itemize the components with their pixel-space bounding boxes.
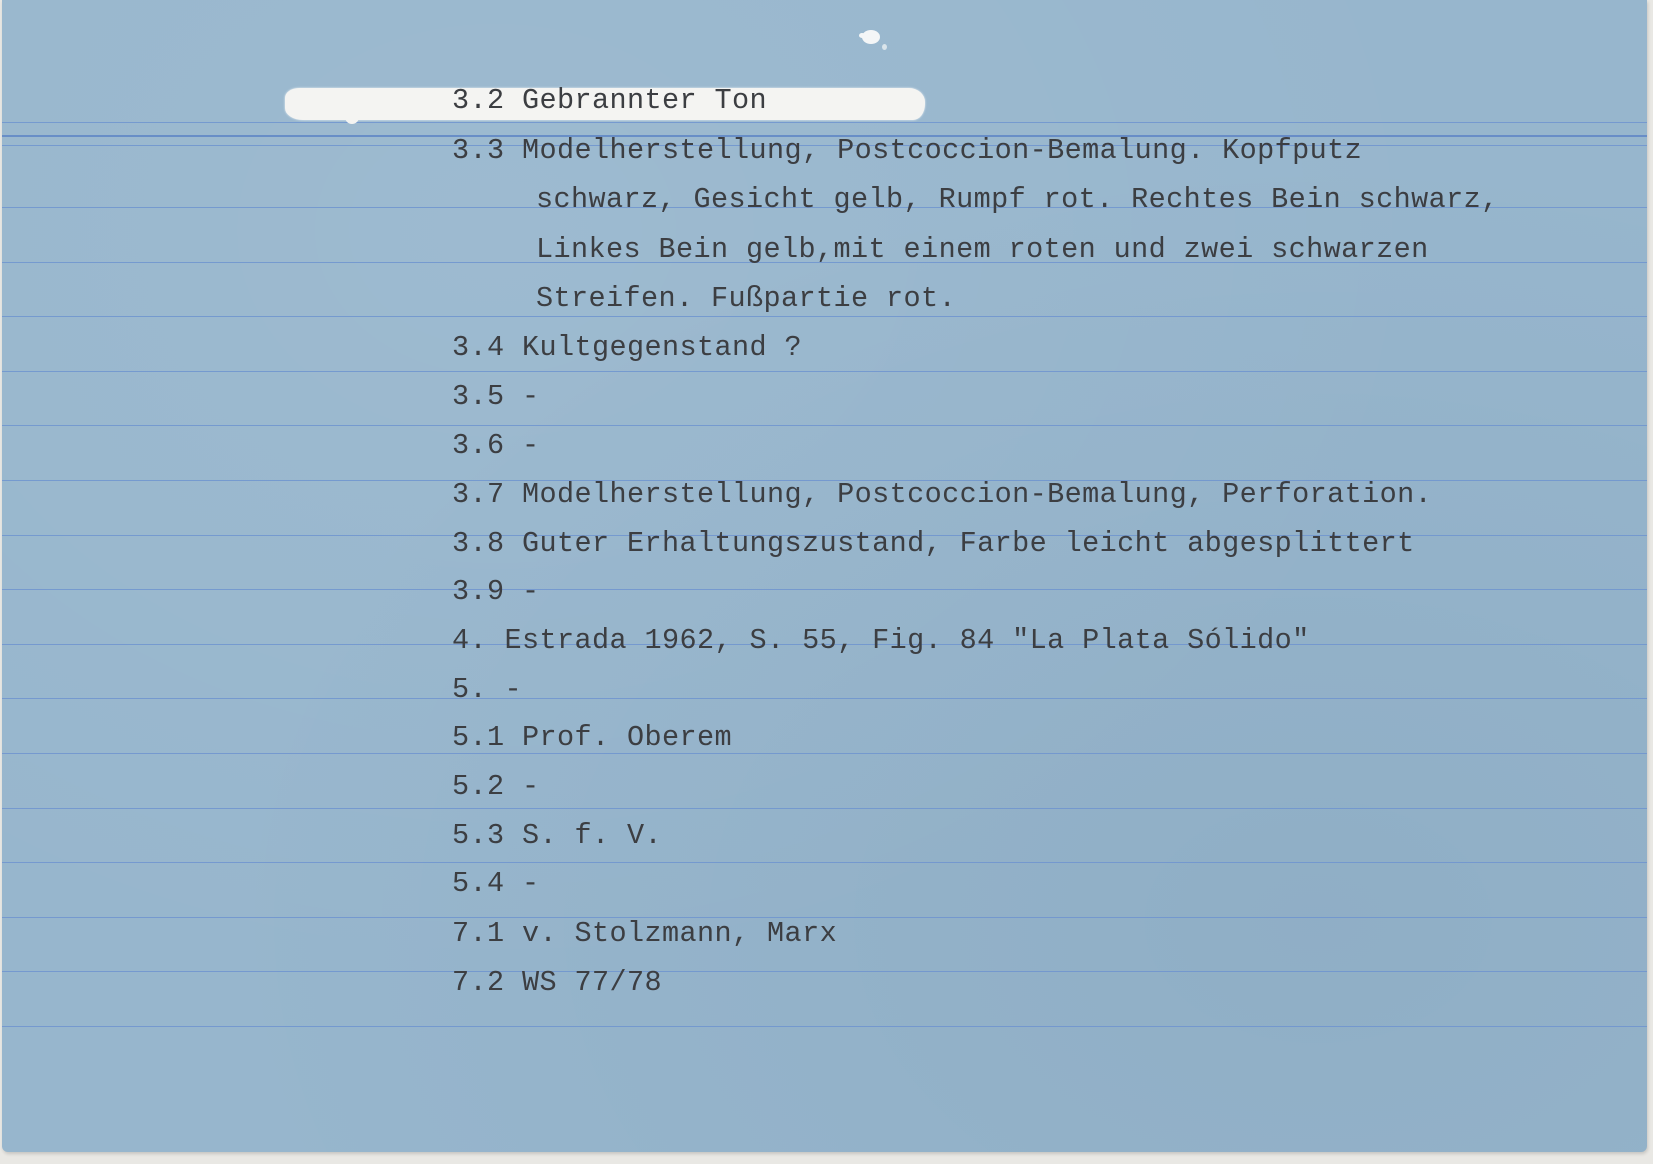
ruled-line [2,808,1647,809]
entry-text: Guter Erhaltungszustand, Farbe leicht ab… [505,527,1415,560]
entry-number: 3.8 [452,530,505,559]
entry-text: - [487,673,522,706]
ruled-line [2,589,1647,590]
entry-number: 5.2 [452,773,505,802]
card-entry-3-2: 3.2 Gebrannter Ton [452,87,767,116]
card-entry-5-1: 5.1 Prof. Oberem [452,724,732,753]
card-entry-7-1: 7.1 v. Stolzmann, Marx [452,920,837,949]
card-entry-continuation: schwarz, Gesicht gelb, Rumpf rot. Rechte… [536,186,1499,215]
entry-text: v. Stolzmann, Marx [505,917,838,950]
entry-number: 5.3 [452,822,505,851]
card-entry-3-9: 3.9 - [452,578,540,607]
card-entry-3-3: 3.3 Modelherstellung, Postcoccion-Bemalu… [452,137,1362,166]
card-entry-4: 4. Estrada 1962, S. 55, Fig. 84 "La Plat… [452,627,1310,656]
paper-speck [859,33,865,38]
entry-text: Modelherstellung, Postcoccion-Bemalung. … [505,134,1363,167]
ruled-line [2,753,1647,754]
entry-number: 3.5 [452,383,505,412]
ruled-line [2,698,1647,699]
entry-number: 3.9 [452,578,505,607]
entry-number: 5.4 [452,870,505,899]
entry-text: - [505,867,540,900]
entry-number: 7.2 [452,969,505,998]
entry-text: S. f. V. [505,819,663,852]
card-entry-5-3: 5.3 S. f. V. [452,822,662,851]
card-entry-continuation: Streifen. Fußpartie rot. [536,285,956,314]
entry-number: 3.4 [452,334,505,363]
entry-text: Kultgegenstand ? [505,331,803,364]
entry-text: Modelherstellung, Postcoccion-Bemalung, … [505,478,1433,511]
entry-number: 3.6 [452,432,505,461]
card-entry-3-8: 3.8 Guter Erhaltungszustand, Farbe leich… [452,530,1415,559]
entry-text: - [505,429,540,462]
entry-number: 4. [452,627,487,656]
entry-text: - [505,575,540,608]
paper-speck [882,44,887,50]
entry-number: 3.3 [452,137,505,166]
card-entry-7-2: 7.2 WS 77/78 [452,969,662,998]
card-entry-3-6: 3.6 - [452,432,540,461]
entry-text: schwarz, Gesicht gelb, Rumpf rot. Rechte… [536,183,1499,216]
entry-number: 7.1 [452,920,505,949]
index-card: 3.2 Gebrannter Ton3.3 Modelherstellung, … [2,0,1647,1152]
paper-speck [862,30,880,44]
card-entry-5-2: 5.2 - [452,773,540,802]
entry-text: Estrada 1962, S. 55, Fig. 84 "La Plata S… [487,624,1310,657]
ruled-line [2,862,1647,863]
card-entry-5-4: 5.4 - [452,870,540,899]
entry-text: - [505,380,540,413]
entry-number: 3.2 [452,87,505,116]
card-entry-continuation: Linkes Bein gelb,mit einem roten und zwe… [536,236,1429,265]
card-entry-3-5: 3.5 - [452,383,540,412]
entry-number: 5.1 [452,724,505,753]
entry-text: Prof. Oberem [505,721,733,754]
ruled-line [2,425,1647,426]
ruled-line [2,122,1647,123]
entry-number: 3.7 [452,481,505,510]
ruled-line [2,971,1647,972]
entry-text: Linkes Bein gelb,mit einem roten und zwe… [536,233,1429,266]
card-entry-3-4: 3.4 Kultgegenstand ? [452,334,802,363]
entry-text: - [505,770,540,803]
entry-text: Streifen. Fußpartie rot. [536,282,956,315]
entry-text: Gebrannter Ton [505,84,768,117]
card-entry-5: 5. - [452,676,522,705]
ruled-line [2,371,1647,372]
entry-text: WS 77/78 [505,966,663,999]
card-entry-3-7: 3.7 Modelherstellung, Postcoccion-Bemalu… [452,481,1432,510]
entry-number: 5. [452,676,487,705]
ruled-line [2,316,1647,317]
ruled-line [2,1026,1647,1027]
